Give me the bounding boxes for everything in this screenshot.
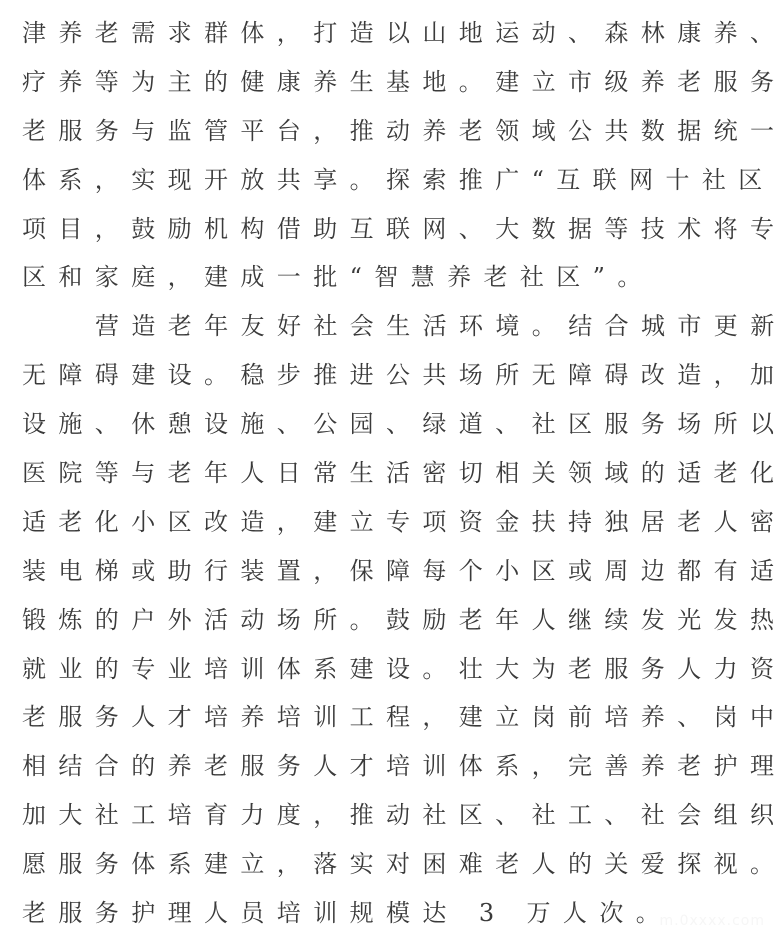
text-line: 项目，鼓励机构借助互联网、大数据等技术将专业服务延伸到社 xyxy=(22,205,762,254)
watermark: m.0xxxx.com xyxy=(660,913,766,929)
document-page: 津养老需求群体，打造以山地运动、森林康养、田园生活、温泉 疗养等为主的健康养生基… xyxy=(22,9,762,938)
text-line: 老服务人才培养培训工程，建立岗前培养、岗中培训、继续教育 xyxy=(22,693,762,742)
text-line: 老服务护理人员培训规模达 3 万人次。 xyxy=(22,889,762,938)
text-line: 愿服务体系建立，落实对困难老人的关爱探视。到 2025 年，养 xyxy=(22,840,762,889)
text-line: 装电梯或助行装置，保障每个小区或周边都有适合老年人散步、 xyxy=(22,547,762,596)
text-line: 疗养等为主的健康养生基地。建立市级养老服务数据库、智慧养 xyxy=(22,58,762,107)
text-line: 锻炼的户外活动场所。鼓励老年人继续发光发热，加强老年人再 xyxy=(22,596,762,645)
text-line: 无障碍建设。稳步推进公共场所无障碍改造，加快既有社区道路 xyxy=(22,351,762,400)
text-line: 医院等与老年人日常生活密切相关领域的适老化改造。积极推动 xyxy=(22,449,762,498)
text-line: 适老化小区改造，建立专项资金扶持独居老人密集的老旧小区加 xyxy=(22,498,762,547)
text-line: 老服务与监管平台，推动养老领域公共数据统一口径，健全指标 xyxy=(22,107,762,156)
text-line: 相结合的养老服务人才培训体系，完善养老护理人员激励机制。 xyxy=(22,742,762,791)
text-line-indented: 营造老年友好社会生活环境。结合城市更新，全面普及老年 xyxy=(22,302,762,351)
text-line: 体系，实现开放共享。探索推广“互联网十社区居家养老”示范 xyxy=(22,156,762,205)
text-line: 津养老需求群体，打造以山地运动、森林康养、田园生活、温泉 xyxy=(22,9,762,58)
text-line: 设施、休憩设施、公园、绿道、社区服务场所以及超市、银行、 xyxy=(22,400,762,449)
paragraph-elderly-friendly-environment: 营造老年友好社会生活环境。结合城市更新，全面普及老年 无障碍建设。稳步推进公共场… xyxy=(22,302,762,938)
text-line: 就业的专业培训体系建设。壮大为老服务人力资源队伍，实施养 xyxy=(22,645,762,694)
paragraph-smart-elderly-care: 津养老需求群体，打造以山地运动、森林康养、田园生活、温泉 疗养等为主的健康养生基… xyxy=(22,9,762,302)
text-line: 区和家庭，建成一批“智慧养老社区”。 xyxy=(22,253,762,302)
text-line: 加大社工培育力度，推动社区、社工、社会组织“三社联动”志 xyxy=(22,791,762,840)
